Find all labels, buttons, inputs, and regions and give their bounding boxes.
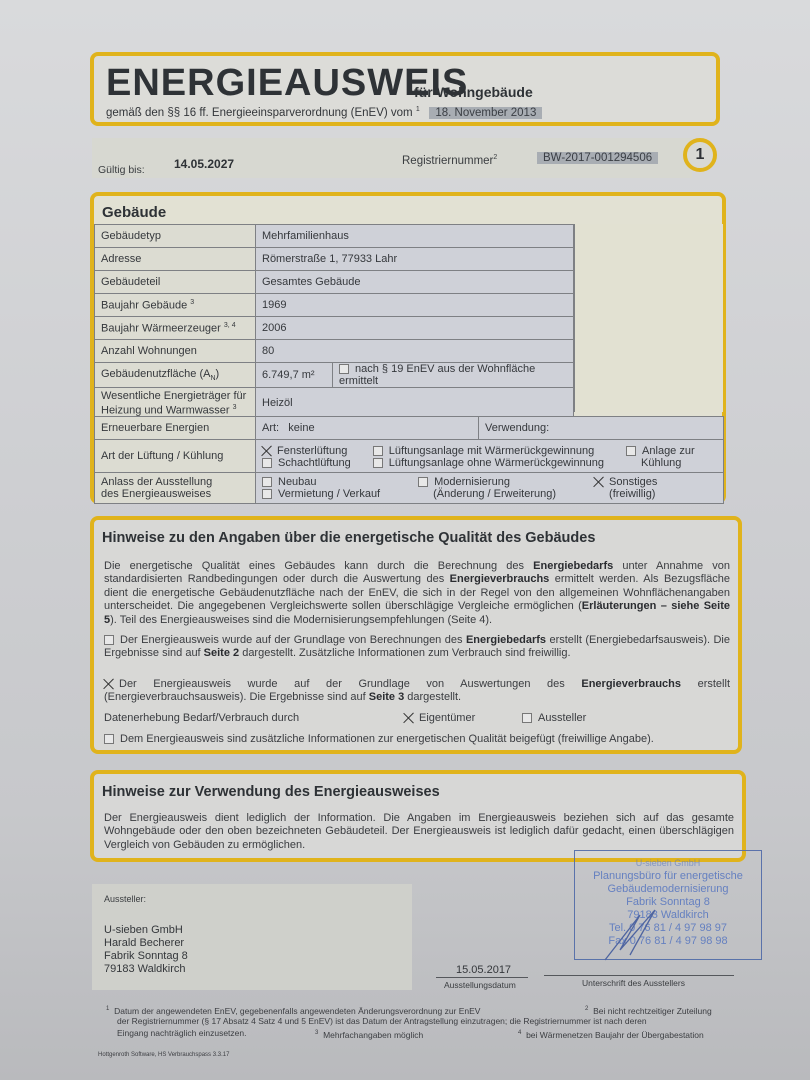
row-label: Erneuerbare Energien	[95, 417, 256, 440]
checkbox-checked	[594, 477, 604, 487]
checkbox-unchecked	[262, 489, 272, 499]
usage-notes-title: Hinweise zur Verwendung des Energieauswe…	[102, 784, 440, 800]
table-row: Art der Lüftung / Kühlung Fensterlüftung…	[95, 440, 724, 473]
option-neubau[interactable]: Neubau	[262, 476, 380, 488]
row-label: Gebäudetyp	[95, 225, 256, 248]
issue-date: 15.05.2017	[456, 964, 511, 976]
footnote-3: 3 Mehrfachangaben möglich	[315, 1028, 423, 1041]
validity-row: Gültig bis: 14.05.2027 Registriernummer2…	[92, 138, 692, 178]
row-label: Wesentliche Energieträger fürHeizung und…	[95, 388, 256, 419]
option-sonstiges[interactable]: Sonstiges(freiwillig)	[594, 476, 657, 500]
signature-label: Unterschrift des Ausstellers	[582, 978, 685, 988]
usage-notes-text: Der Energieausweis dient lediglich der I…	[104, 812, 734, 852]
table-row: Anlass der Ausstellungdes Energieausweis…	[95, 473, 724, 504]
checkbox-unchecked	[626, 446, 636, 456]
law-text: gemäß den §§ 16 ff. Energieeinsparverord…	[106, 107, 413, 119]
table-row: AdresseRömerstraße 1, 77933 Lahr	[95, 248, 574, 271]
checkbox-checked	[404, 713, 414, 723]
footnote-marker: 1	[416, 106, 420, 113]
option-zusatzinfo[interactable]: Dem Energieausweis sind zusätzliche Info…	[104, 733, 730, 746]
building-photo-placeholder	[574, 224, 723, 412]
option-modernisierung[interactable]: Modernisierung(Änderung / Erweiterung)	[418, 476, 556, 500]
option-schachtlueftung[interactable]: Schachtlüftung	[262, 457, 351, 469]
option-fensterlueftung[interactable]: Fensterlüftung	[262, 445, 351, 457]
valid-until-value: 14.05.2027	[174, 157, 234, 171]
page-number-badge: 1	[683, 138, 717, 172]
row-value: Mehrfamilienhaus	[256, 225, 574, 248]
row-value: 6.749,7 m²	[256, 363, 333, 388]
checkbox-unchecked	[373, 458, 383, 468]
valid-until-label: Gültig bis:	[98, 164, 145, 176]
signature-line[interactable]	[544, 975, 734, 976]
registration-label: Registriernummer2	[402, 154, 497, 167]
table-row: Baujahr Gebäude 31969	[95, 294, 574, 317]
footnote-2: 2 Bei nicht rechtzeitiger Zuteilung	[585, 1004, 712, 1017]
checkbox-unchecked	[522, 713, 532, 723]
checkbox-unchecked	[262, 477, 272, 487]
issuer-label: Aussteller:	[104, 894, 146, 904]
building-table-lower: Erneuerbare Energien Art: keine Verwendu…	[94, 416, 724, 504]
checkbox-unchecked	[373, 446, 383, 456]
renewable-usage: Verwendung:	[479, 417, 724, 440]
checkbox-unchecked[interactable]	[339, 364, 349, 374]
issuer-address: U-sieben GmbHHarald BechererFabrik Sonnt…	[104, 924, 188, 976]
row-label: Anlass der Ausstellungdes Energieausweis…	[95, 473, 256, 504]
data-collection-label: Datenerhebung Bedarf/Verbrauch durch	[104, 712, 404, 725]
usage-notes-section: Hinweise zur Verwendung des Energieauswe…	[90, 770, 746, 862]
checkbox-unchecked[interactable]	[104, 635, 114, 645]
footnote-2-cont: der Registriernummer (§ 17 Absatz 4 Satz…	[117, 1016, 647, 1027]
row-label: Gebäudeteil	[95, 271, 256, 294]
table-row: Wesentliche Energieträger fürHeizung und…	[95, 388, 574, 419]
ventilation-options: FensterlüftungSchachtlüftung Lüftungsanl…	[256, 440, 724, 473]
option-eigentuemer[interactable]: Eigentümer	[404, 712, 475, 725]
row-label: Adresse	[95, 248, 256, 271]
building-section: Gebäude GebäudetypMehrfamilienhaus Adres…	[90, 192, 726, 504]
row-value: Heizöl	[256, 388, 574, 419]
table-row: Erneuerbare Energien Art: keine Verwendu…	[95, 417, 724, 440]
checkbox-unchecked	[104, 734, 114, 744]
quality-intro-text: Die energetische Qualität eines Gebäudes…	[104, 560, 730, 627]
software-credit: Hottgenroth Software, HS Verbrauchspass …	[98, 1050, 229, 1061]
option-aussteller[interactable]: Aussteller	[522, 712, 586, 725]
row-label: Art der Lüftung / Kühlung	[95, 440, 256, 473]
option-vermietung[interactable]: Vermietung / Verkauf	[262, 488, 380, 500]
footnote-4: 4 bei Wärmenetzen Baujahr der Übergabest…	[518, 1028, 704, 1041]
table-row: Baujahr Wärmeerzeuger 3, 42006	[95, 317, 574, 340]
row-label: Baujahr Wärmeerzeuger 3, 4	[95, 317, 256, 340]
title-box: ENERGIEAUSWEIS für Wohngebäude gemäß den…	[90, 52, 720, 126]
renewable-type: Art: keine	[256, 417, 479, 440]
row-value: 1969	[256, 294, 574, 317]
option-verbrauchsausweis[interactable]: Der Energieausweis wurde auf der Grundla…	[104, 678, 730, 705]
reason-options: NeubauVermietung / Verkauf Modernisierun…	[256, 473, 724, 504]
signature-scribble	[600, 905, 660, 965]
option-ohne-wrg[interactable]: Lüftungsanlage ohne Wärmerückgewinnung	[373, 457, 604, 469]
table-row: Anzahl Wohnungen80	[95, 340, 574, 363]
row-label: Gebäudenutzfläche (AN)	[95, 363, 256, 388]
law-date: 18. November 2013	[429, 107, 542, 119]
document-subtitle: für Wohngebäude	[414, 84, 533, 100]
law-reference: gemäß den §§ 16 ff. Energieeinsparverord…	[106, 106, 542, 119]
table-row: Gebäudenutzfläche (AN)6.749,7 m²nach § 1…	[95, 363, 574, 388]
checkbox-checked[interactable]	[104, 679, 114, 689]
wohnflaeche-option[interactable]: nach § 19 EnEV aus der Wohnfläche ermitt…	[333, 363, 574, 388]
registration-number: BW-2017-001294506	[537, 152, 658, 164]
checkbox-unchecked	[262, 458, 272, 468]
date-line	[436, 977, 528, 978]
row-value: 80	[256, 340, 574, 363]
building-section-title: Gebäude	[102, 204, 166, 221]
quality-notes-section: Hinweise zu den Angaben über die energet…	[90, 516, 742, 754]
table-row: GebäudetypMehrfamilienhaus	[95, 225, 574, 248]
footnote-1: 1 Datum der angewendeten EnEV, gegebenen…	[106, 1004, 480, 1017]
table-row: GebäudeteilGesamtes Gebäude	[95, 271, 574, 294]
quality-notes-title: Hinweise zu den Angaben über die energet…	[102, 530, 595, 546]
option-mit-wrg[interactable]: Lüftungsanlage mit Wärmerückgewinnung	[373, 445, 604, 457]
issue-date-label: Ausstellungsdatum	[444, 980, 516, 990]
checkbox-checked	[262, 446, 272, 456]
energy-certificate-page: ENERGIEAUSWEIS für Wohngebäude gemäß den…	[0, 0, 810, 1080]
checkbox-unchecked	[418, 477, 428, 487]
row-label: Anzahl Wohnungen	[95, 340, 256, 363]
row-value: 2006	[256, 317, 574, 340]
option-kuehlung[interactable]: Anlage zurKühlung	[626, 445, 695, 469]
footnote-2-end: Eingang nachträglich einzusetzen.	[117, 1028, 246, 1039]
building-table: GebäudetypMehrfamilienhaus AdresseRömers…	[94, 224, 574, 419]
row-value: Römerstraße 1, 77933 Lahr	[256, 248, 574, 271]
row-value: Gesamtes Gebäude	[256, 271, 574, 294]
issuer-block: Aussteller: U-sieben GmbHHarald Becherer…	[92, 884, 412, 990]
row-label: Baujahr Gebäude 3	[95, 294, 256, 317]
option-bedarfsausweis[interactable]: Der Energieausweis wurde auf der Grundla…	[104, 634, 730, 661]
